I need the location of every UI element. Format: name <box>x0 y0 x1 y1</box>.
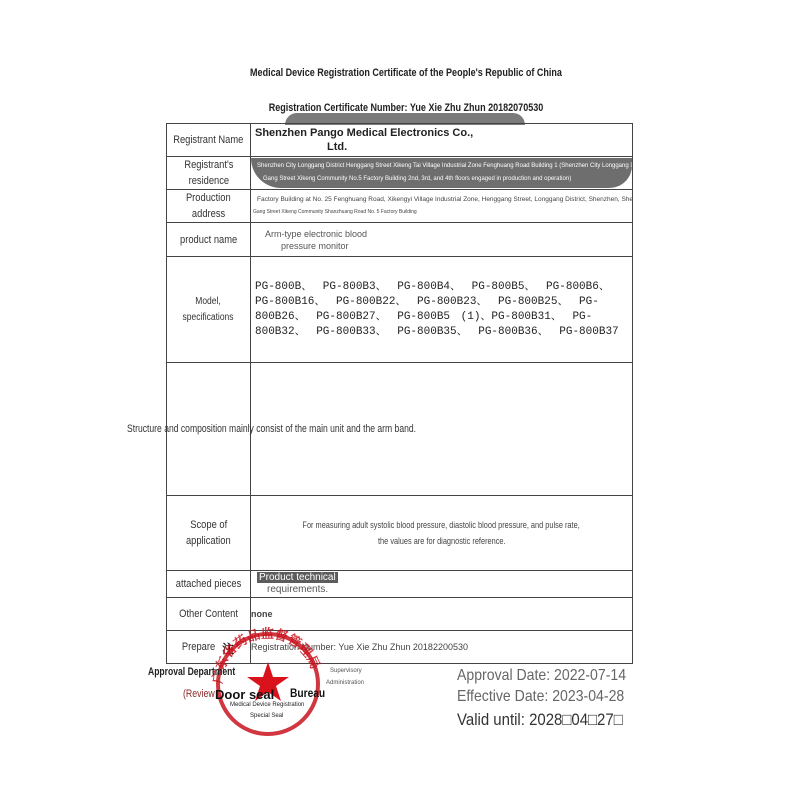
production-line2: Gang Street Xikeng Community Shanzhuang … <box>253 206 632 219</box>
label-attached-pieces: attached pieces <box>167 571 251 598</box>
registrant-name-line2: Ltd. <box>255 140 632 154</box>
label-product-name: product name <box>167 223 251 257</box>
structure-composition-text: Structure and composition mainly consist… <box>127 423 416 435</box>
value-model-specifications: PG-800B、 PG-800B3、 PG-800B4、 PG-800B5、 P… <box>251 257 633 363</box>
supervisory-line1: Supervisory <box>330 665 364 677</box>
label-production-address: Productionaddress <box>167 190 251 223</box>
review-label: (Review <box>183 688 215 700</box>
production-line1: Factory Building at No. 25 Fenghuang Roa… <box>257 193 632 206</box>
official-seal-stamp: 广东省药品监督管理局 <box>208 624 328 736</box>
row-model-specifications: Model,specifications PG-800B、 PG-800B3、 … <box>167 257 633 363</box>
attached-line2: requirements. <box>257 584 632 596</box>
approval-date: Approval Date: 2022-07-14 <box>457 665 626 686</box>
attached-line1: Product technical <box>257 572 338 583</box>
seal-caption-line2: Special Seal <box>250 713 283 719</box>
value-attached-pieces: Product technical requirements. <box>251 571 633 598</box>
door-seal-label: Door seal <box>215 687 274 702</box>
row-product-name: product name Arm-type electronic blood p… <box>167 223 633 257</box>
scope-line2: the values are for diagnostic reference. <box>378 533 506 549</box>
effective-date: Effective Date: 2023-04-28 <box>457 686 626 707</box>
value-registrant-residence: Shenzhen City Longgang District Henggang… <box>251 157 633 190</box>
supervisory-line2: Administration <box>326 677 364 689</box>
row-attached-pieces: attached pieces Product technical requir… <box>167 571 633 598</box>
scope-line1: For measuring adult systolic blood press… <box>303 517 580 533</box>
value-product-name: Arm-type electronic blood pressure monit… <box>251 223 633 257</box>
registrant-name-line1: Shenzhen Pango Medical Electronics Co., <box>255 126 632 140</box>
value-scope-of-application: For measuring adult systolic blood press… <box>251 496 633 571</box>
label-scope-of-application: Scope ofapplication <box>167 496 251 571</box>
residence-line1: Shenzhen City Longgang District Henggang… <box>257 160 626 173</box>
row-registrant-residence: Registrant'sresidence Shenzhen City Long… <box>167 157 633 190</box>
row-scope-of-application: Scope ofapplication For measuring adult … <box>167 496 633 571</box>
approval-department-label: Approval Department <box>148 666 235 678</box>
residence-line2: Gang Street Xikeng Community No.5 Factor… <box>257 173 626 186</box>
value-registrant-name: Shenzhen Pango Medical Electronics Co., … <box>251 124 633 157</box>
label-registrant-residence: Registrant'sresidence <box>167 157 251 190</box>
certificate-table: Registrant Name Shenzhen Pango Medical E… <box>166 123 633 664</box>
supervisory-administration: Supervisory Administration <box>330 665 364 689</box>
bureau-label: Bureau <box>290 686 325 700</box>
label-model-specifications: Model,specifications <box>167 257 251 363</box>
date-block: Approval Date: 2022-07-14 Effective Date… <box>457 665 626 730</box>
row-registrant-name: Registrant Name Shenzhen Pango Medical E… <box>167 124 633 157</box>
model-list: PG-800B、 PG-800B3、 PG-800B4、 PG-800B5、 P… <box>251 280 632 340</box>
document-title: Medical Device Registration Certificate … <box>73 67 739 79</box>
product-name-line1: Arm-type electronic blood <box>265 228 632 240</box>
value-production-address: Factory Building at No. 25 Fenghuang Roa… <box>251 190 633 223</box>
product-name-line2: pressure monitor <box>265 240 632 252</box>
row-production-address: Productionaddress Factory Building at No… <box>167 190 633 223</box>
valid-until-date: Valid until: 2028□04□27□ <box>457 709 626 730</box>
certificate-number: Registration Certificate Number: Yue Xie… <box>73 102 739 114</box>
label-registrant-name: Registrant Name <box>167 124 251 157</box>
seal-caption-line1: Medical Device Registration <box>230 702 304 708</box>
